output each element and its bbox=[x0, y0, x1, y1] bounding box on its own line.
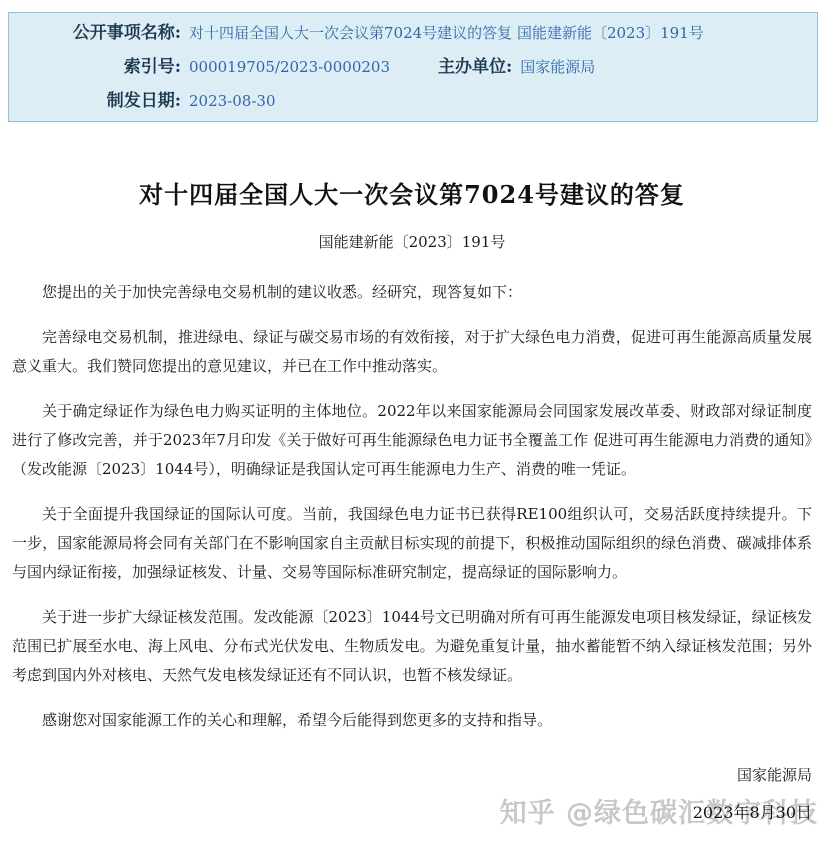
signature-date: 2023年8月30日 bbox=[12, 802, 812, 824]
info-row-issue-date: 制发日期: 2023-08-30 bbox=[9, 84, 817, 118]
paragraph-green-cert-status: 关于确定绿证作为绿色电力购买证明的主体地位。2022年以来国家能源局会同国家发展… bbox=[12, 397, 812, 484]
info-row-subject: 公开事项名称: 对十四届全国人大一次会议第7024号建议的答复 国能建新能〔20… bbox=[9, 16, 817, 50]
document-body-area: 对十四届全国人大一次会议第7024号建议的答复 国能建新能〔2023〕191号 … bbox=[0, 122, 825, 824]
document-title: 对十四届全国人大一次会议第7024号建议的答复 bbox=[12, 178, 812, 212]
subject-label: 公开事项名称: bbox=[9, 16, 181, 50]
issue-date-label: 制发日期: bbox=[9, 84, 181, 118]
document-paragraphs: 您提出的关于加快完善绿电交易机制的建议收悉。经研究，现答复如下： 完善绿电交易机… bbox=[12, 278, 812, 735]
paragraph-closing-thanks: 感谢您对国家能源工作的关心和理解，希望今后能得到您更多的支持和指导。 bbox=[12, 706, 812, 735]
index-number-label: 索引号: bbox=[9, 50, 181, 84]
paragraph-international-recognition: 关于全面提升我国绿证的国际认可度。当前，我国绿色电力证书已获得RE100组织认可… bbox=[12, 500, 812, 587]
subject-value: 对十四届全国人大一次会议第7024号建议的答复 国能建新能〔2023〕191号 bbox=[189, 16, 704, 50]
signature-agency: 国家能源局 bbox=[12, 761, 812, 790]
info-row-index: 索引号: 000019705/2023-0000203 主办单位: 国家能源局 bbox=[9, 50, 817, 84]
organizer-label: 主办单位: bbox=[438, 50, 512, 84]
organizer-value: 国家能源局 bbox=[520, 50, 595, 84]
document-info-panel: 公开事项名称: 对十四届全国人大一次会议第7024号建议的答复 国能建新能〔20… bbox=[8, 12, 818, 122]
paragraph-issuance-scope: 关于进一步扩大绿证核发范围。发改能源〔2023〕1044号文已明确对所有可再生能… bbox=[12, 603, 812, 690]
paragraph-overview: 完善绿电交易机制，推进绿电、绿证与碳交易市场的有效衔接，对于扩大绿色电力消费，促… bbox=[12, 323, 812, 381]
paragraph-greeting: 您提出的关于加快完善绿电交易机制的建议收悉。经研究，现答复如下： bbox=[12, 278, 812, 307]
index-number-value: 000019705/2023-0000203 bbox=[189, 50, 438, 84]
issue-date-value: 2023-08-30 bbox=[189, 84, 275, 118]
document-number: 国能建新能〔2023〕191号 bbox=[12, 232, 812, 252]
